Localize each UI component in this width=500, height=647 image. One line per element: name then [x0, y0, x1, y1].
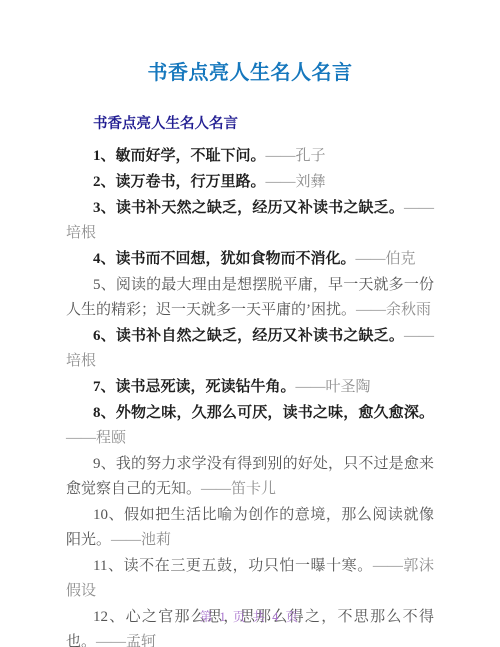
quote-text: 读万卷书，行万里路。 [116, 174, 266, 190]
quote-number: 2、 [93, 174, 116, 190]
quote-number: 1、 [93, 148, 116, 164]
quote-attribution: ——笛卡儿 [201, 481, 276, 497]
quote-item: 11、读不在三更五鼓，功只怕一曝十寒。——郭沫假设 [66, 554, 434, 604]
quote-attribution: ——池莉 [111, 532, 171, 548]
quote-text: 读不在三更五鼓，功只怕一曝十寒。 [124, 558, 373, 574]
quote-text: 读书而不回想，犹如食物而不消化。 [116, 251, 356, 267]
quote-number: 7、 [93, 379, 116, 395]
quote-text: 读书忌死读，死读钻牛角。 [116, 379, 296, 395]
document-body: 书香点亮人生名人名言 1、敏而好学，不耻下问。——孔子2、读万卷书，行万里路。—… [0, 88, 500, 647]
quote-attribution: ——余秋雨 [356, 302, 431, 318]
quote-item: 1、敏而好学，不耻下问。——孔子 [66, 144, 434, 169]
quotes-list: 1、敏而好学，不耻下问。——孔子2、读万卷书，行万里路。——刘彝3、读书补天然之… [66, 144, 434, 647]
quote-item: 7、读书忌死读，死读钻牛角。——叶圣陶 [66, 375, 434, 400]
page-number-footer: 第 1 页 共 4 页 [0, 607, 500, 625]
quote-item: 8、外物之味，久那么可厌，读书之味，愈久愈深。——程颐 [66, 401, 434, 451]
quote-number: 9、 [93, 456, 116, 472]
quote-text: 外物之味，久那么可厌，读书之味，愈久愈深。 [116, 405, 434, 421]
quote-attribution: ——程颐 [66, 430, 126, 446]
quote-number: 11、 [93, 558, 124, 574]
quote-item: 3、读书补天然之缺乏，经历又补读书之缺乏。——培根 [66, 196, 434, 246]
section-heading: 书香点亮人生名人名言 [66, 114, 434, 135]
quote-item: 10、假如把生活比喻为创作的意境，那么阅读就像阳光。——池莉 [66, 503, 434, 553]
quote-attribution: ——伯克 [356, 251, 416, 267]
quote-number: 10、 [93, 507, 124, 523]
quote-item: 4、读书而不回想，犹如食物而不消化。——伯克 [66, 247, 434, 272]
quote-item: 9、我的努力求学没有得到别的好处，只不过是愈来愈觉察自己的无知。——笛卡儿 [66, 452, 434, 502]
quote-item: 6、读书补自然之缺乏，经历又补读书之缺乏。——培根 [66, 324, 434, 374]
quote-text: 读书补自然之缺乏，经历又补读书之缺乏。 [116, 328, 404, 344]
quote-item: 5、阅读的最大理由是想摆脱平庸，早一天就多一份人生的精彩；迟一天就多一天平庸的’… [66, 273, 434, 323]
quote-text: 敏而好学，不耻下问。 [116, 148, 266, 164]
quote-attribution: ——刘彝 [266, 174, 326, 190]
quote-attribution: ——孔子 [266, 148, 326, 164]
quote-number: 4、 [93, 251, 116, 267]
quote-number: 3、 [93, 200, 116, 216]
document-page: 书香点亮人生名人名言 书香点亮人生名人名言 1、敏而好学，不耻下问。——孔子2、… [0, 0, 500, 647]
quote-number: 8、 [93, 405, 116, 421]
quote-item: 2、读万卷书，行万里路。——刘彝 [66, 170, 434, 195]
document-title: 书香点亮人生名人名言 [0, 0, 500, 88]
quote-attribution: ——叶圣陶 [296, 379, 371, 395]
quote-attribution: ——孟轲 [96, 634, 156, 647]
quote-text: 读书补天然之缺乏，经历又补读书之缺乏。 [116, 200, 404, 216]
quote-number: 5、 [93, 277, 116, 293]
quote-number: 6、 [93, 328, 116, 344]
